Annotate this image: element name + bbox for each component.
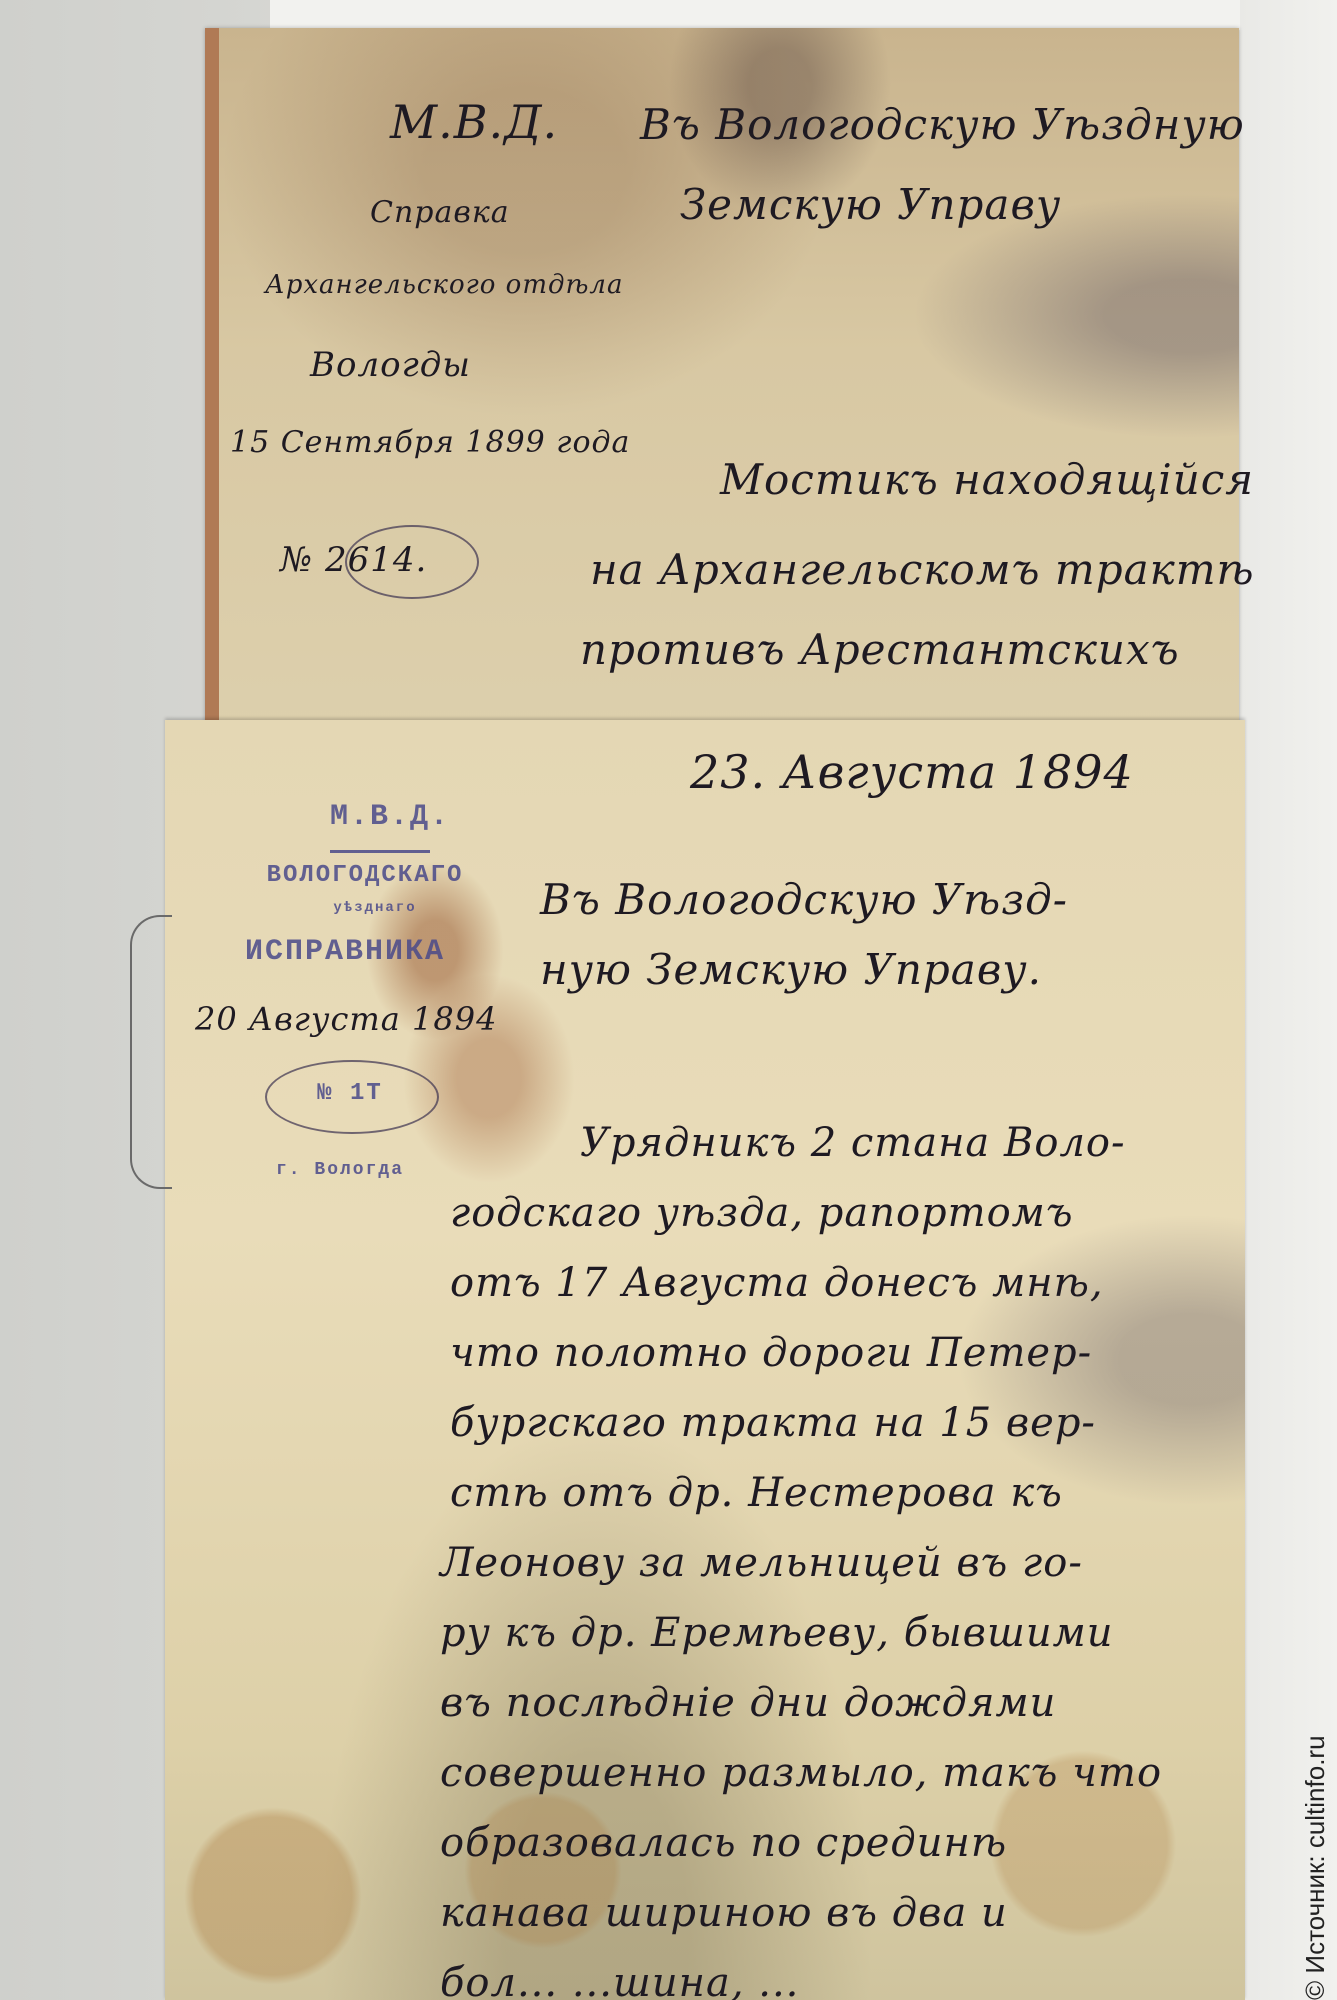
backdrop — [270, 0, 1270, 30]
lower-addressee-line1: Въ Вологодскую Уѣзд- — [540, 875, 1068, 924]
backdrop-right — [1240, 0, 1337, 2000]
stamp-mvd: М.В.Д. — [290, 800, 490, 834]
upper-header-line4: Вологды — [310, 345, 471, 385]
body-line: Леонову за мельницей въ го- — [440, 1540, 1083, 1586]
upper-subject-line1: Мостикъ находящійся — [720, 455, 1254, 504]
body-line: канава шириною въ два и — [440, 1890, 1008, 1936]
stamp-divider — [330, 850, 430, 853]
stamp-handwritten-date: 20 Августа 1894 — [195, 1000, 497, 1038]
lower-addressee-line2: ную Земскую Управу. — [540, 945, 1042, 994]
stamp-uezdnago: уѣзднаго — [290, 900, 460, 916]
body-line: Урядникъ 2 стана Воло- — [580, 1120, 1126, 1166]
body-line: бол... ...шина, ... — [440, 1960, 799, 2000]
stamp-number: № 1Т — [280, 1080, 420, 1107]
upper-header-line3: Архангельского отдѣла — [265, 270, 623, 300]
upper-subject-line3: противъ Арестантскихъ — [580, 625, 1180, 674]
upper-addressee-line1: Въ Вологодскую Уѣздную — [640, 100, 1245, 149]
upper-addressee-line2: Земскую Управу — [680, 180, 1061, 229]
body-line: бургскаго тракта на 15 вер- — [450, 1400, 1096, 1446]
body-line: стѣ отъ др. Нестерова къ — [450, 1470, 1063, 1516]
body-line: образовалась по срединѣ — [440, 1820, 1007, 1866]
binding-string — [130, 915, 172, 1189]
body-line: отъ 17 Августа донесъ мнѣ, — [450, 1260, 1104, 1306]
upper-header-line2: Справка — [370, 195, 510, 230]
body-line: годскаго уѣзда, рапортомъ — [450, 1190, 1073, 1236]
body-line: что полотно дороги Петер- — [450, 1330, 1092, 1376]
upper-document-number: № 2614. — [280, 540, 427, 580]
stamp-place: г. Вологда — [250, 1160, 430, 1180]
upper-subject-line2: на Архангельскомъ трактѣ — [590, 545, 1255, 594]
upper-header-date: 15 Сентября 1899 года — [230, 425, 630, 460]
source-watermark: © Источник: cultinfo.ru — [1300, 1735, 1331, 2000]
lower-date: 23. Августа 1894 — [690, 745, 1134, 799]
stamp-vologodskago: ВОЛОГОДСКАГО — [225, 862, 505, 889]
body-line: ру къ др. Еремѣеву, бывшими — [440, 1610, 1114, 1656]
body-line: совершенно размыло, такъ что — [440, 1750, 1162, 1796]
stamp-ispravnika: ИСПРАВНИКА — [190, 935, 500, 969]
body-line: въ послѣдніе дни дождями — [440, 1680, 1056, 1726]
upper-header-mvd: М.В.Д. — [390, 95, 558, 149]
